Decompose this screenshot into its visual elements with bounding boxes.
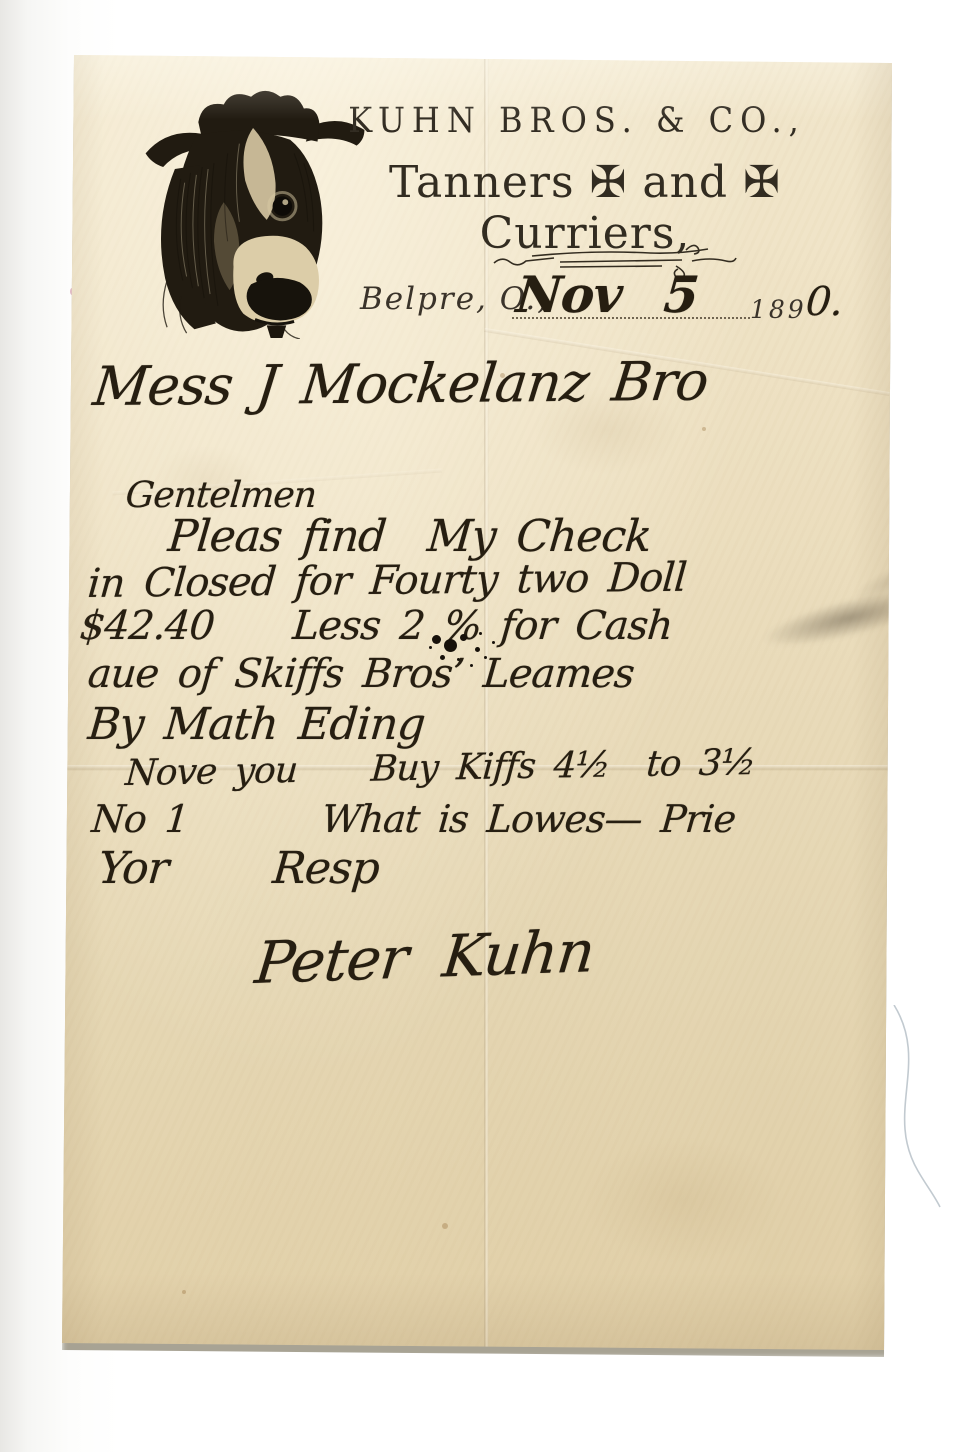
letter-line: Pleas find My Check: [166, 511, 653, 562]
letter-line: Yor Resp: [96, 843, 381, 894]
salutation-line: Gentelmen: [124, 475, 318, 516]
date-handwritten: Nov 5: [514, 265, 700, 324]
letter-line: $42.40 Less 2 % for Cash: [78, 603, 674, 649]
age-stain: [582, 1135, 782, 1265]
scan-background: KUHN BROS. & CO., Tanners ✠ and ✠ Currie…: [0, 0, 959, 1452]
foxing-spot: [442, 1223, 448, 1229]
letter-line: By Math Eding: [86, 699, 427, 750]
stray-fiber-artifact: [882, 1005, 946, 1210]
foxing-spot: [182, 1290, 186, 1294]
year-handwritten-digit: 0.: [804, 279, 844, 325]
foxing-spot: [702, 427, 706, 431]
letterhead-company-name: KUHN BROS. & CO.,: [342, 99, 812, 140]
addressee-line: Mess J Mockelanz Bro: [90, 350, 711, 418]
letter-paper: KUHN BROS. & CO., Tanners ✠ and ✠ Currie…: [62, 55, 894, 1351]
letter-line: aue of Skiffs Bros’ Leames: [86, 651, 636, 697]
year-printed: 189: [750, 295, 807, 324]
ink-splatter: [432, 635, 441, 644]
letter-line: No 1 What is Lowes— Prie: [90, 797, 737, 841]
letter-line: in Closed for Fourty two Doll: [86, 555, 688, 607]
signature: Peter Kuhn: [252, 917, 597, 997]
